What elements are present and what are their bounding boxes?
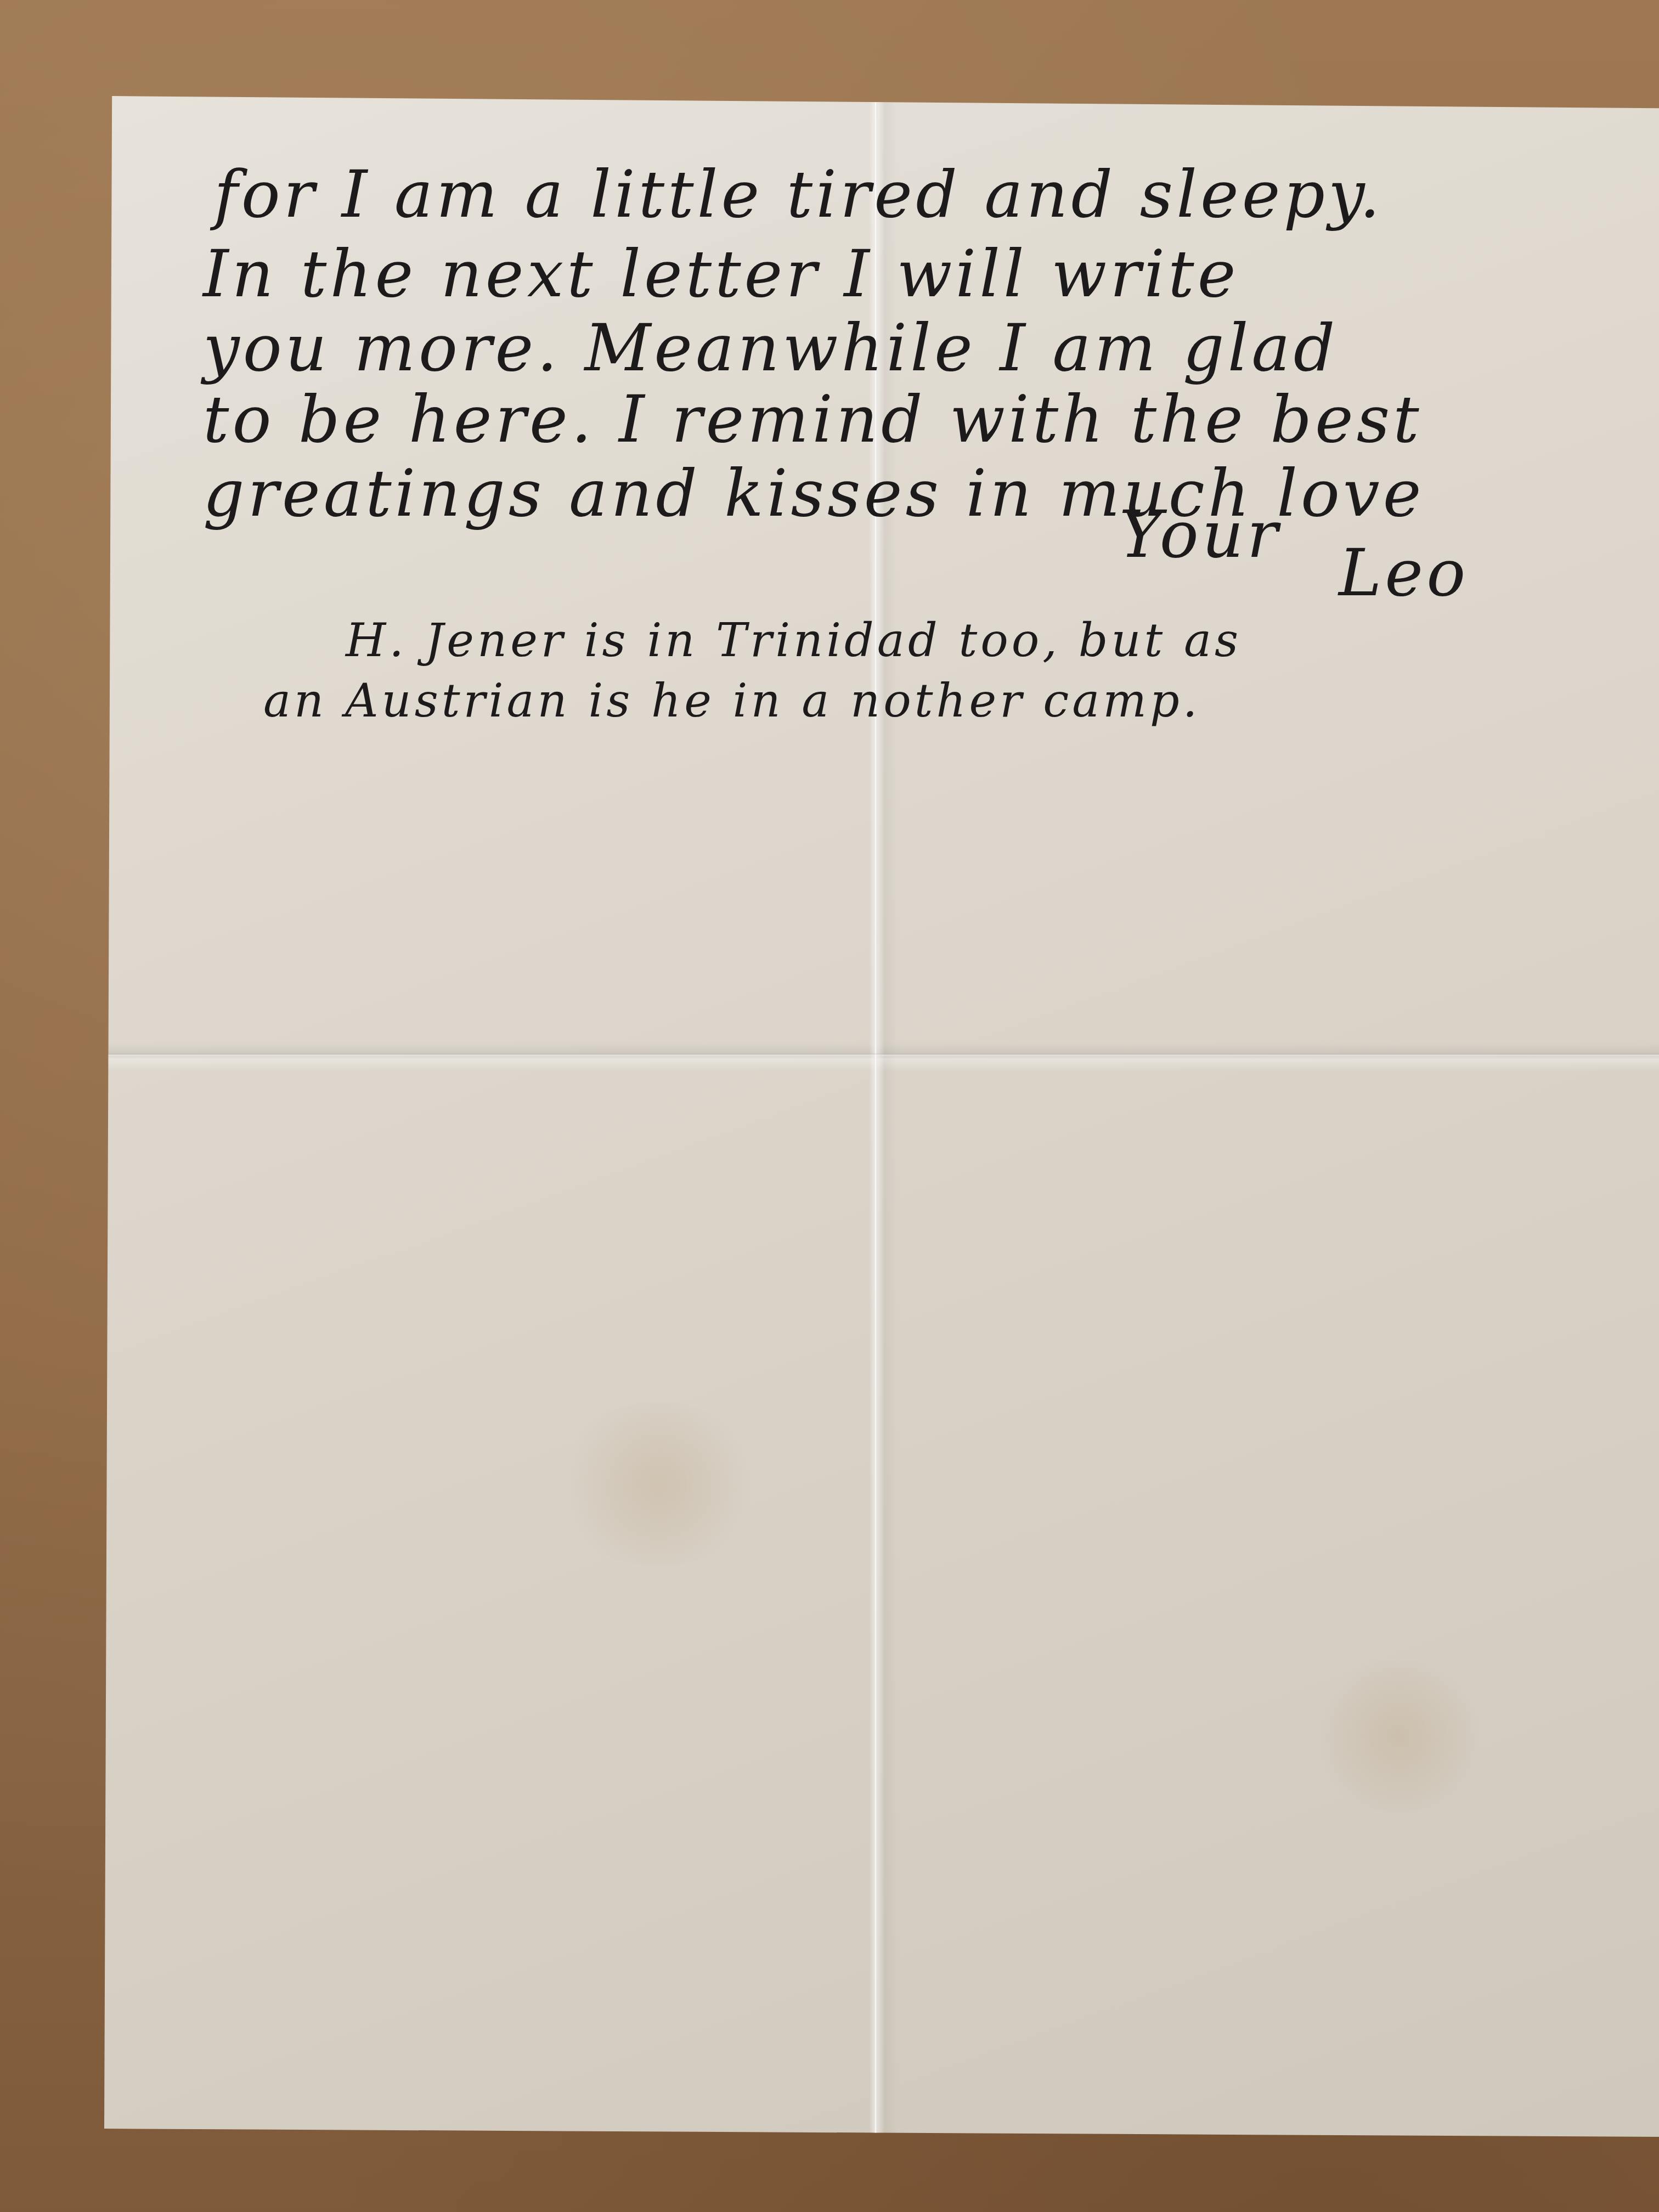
body-line: for I am a little tired and sleepy. — [214, 162, 1384, 227]
postscript-line: an Austrian is he in a nother camp. — [263, 678, 1200, 724]
body-line: you more. Meanwhile I am glad — [203, 315, 1338, 380]
letter-sheet: for I am a little tired and sleepy. In t… — [104, 96, 1659, 2137]
body-line: to be here. I remind with the best — [203, 387, 1423, 452]
postscript-line: H. Jener is in Trinidad too, but as — [346, 617, 1242, 663]
signature: Leo — [1339, 540, 1469, 605]
paper-stain — [554, 1402, 763, 1566]
paper-stain — [1311, 1660, 1487, 1813]
body-line: In the next letter I will write — [203, 241, 1239, 306]
closing: Your — [1119, 502, 1281, 567]
horizontal-fold-crease — [104, 1053, 1659, 1056]
